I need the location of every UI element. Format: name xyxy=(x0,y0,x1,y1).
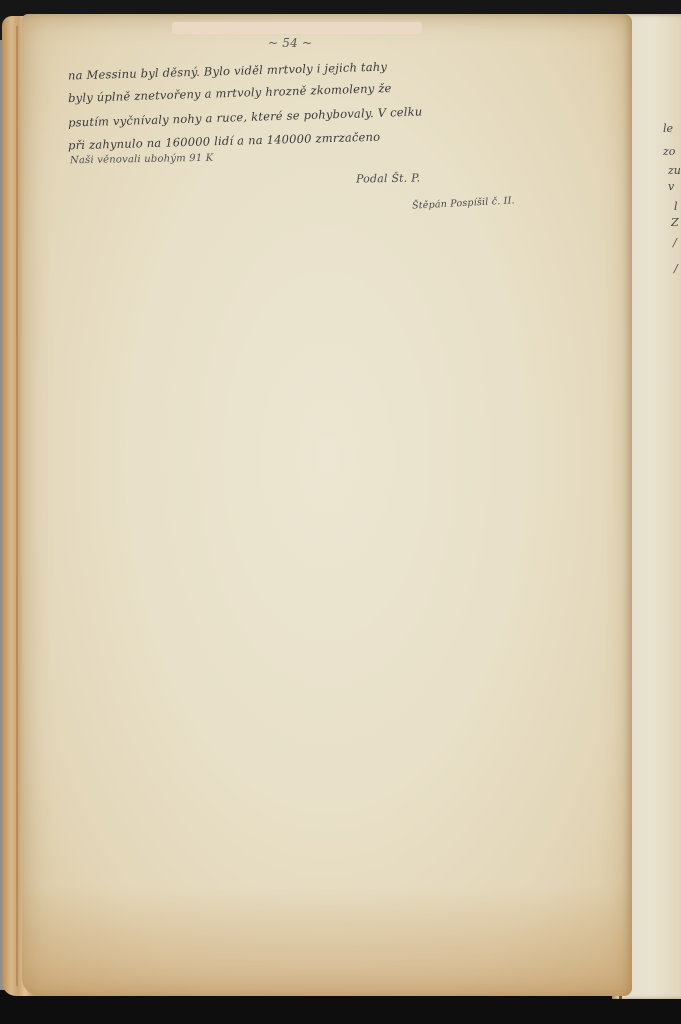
facing-page-fragment: l xyxy=(674,200,678,213)
torn-top-edge xyxy=(172,22,422,34)
facing-page-fragment: / xyxy=(673,236,677,249)
facing-page-fragment: v xyxy=(668,180,674,193)
signature-submitted-by: Podal Št. P. xyxy=(356,171,420,185)
facing-page-fragment: le xyxy=(663,122,673,135)
page-number: ~ 54 ~ xyxy=(268,36,312,50)
facing-page-fragment: Z xyxy=(671,216,679,229)
facing-page-fragment: zo xyxy=(663,145,675,158)
facing-page-fragment: / xyxy=(674,262,678,275)
facing-page-fragment: zu xyxy=(668,164,681,177)
